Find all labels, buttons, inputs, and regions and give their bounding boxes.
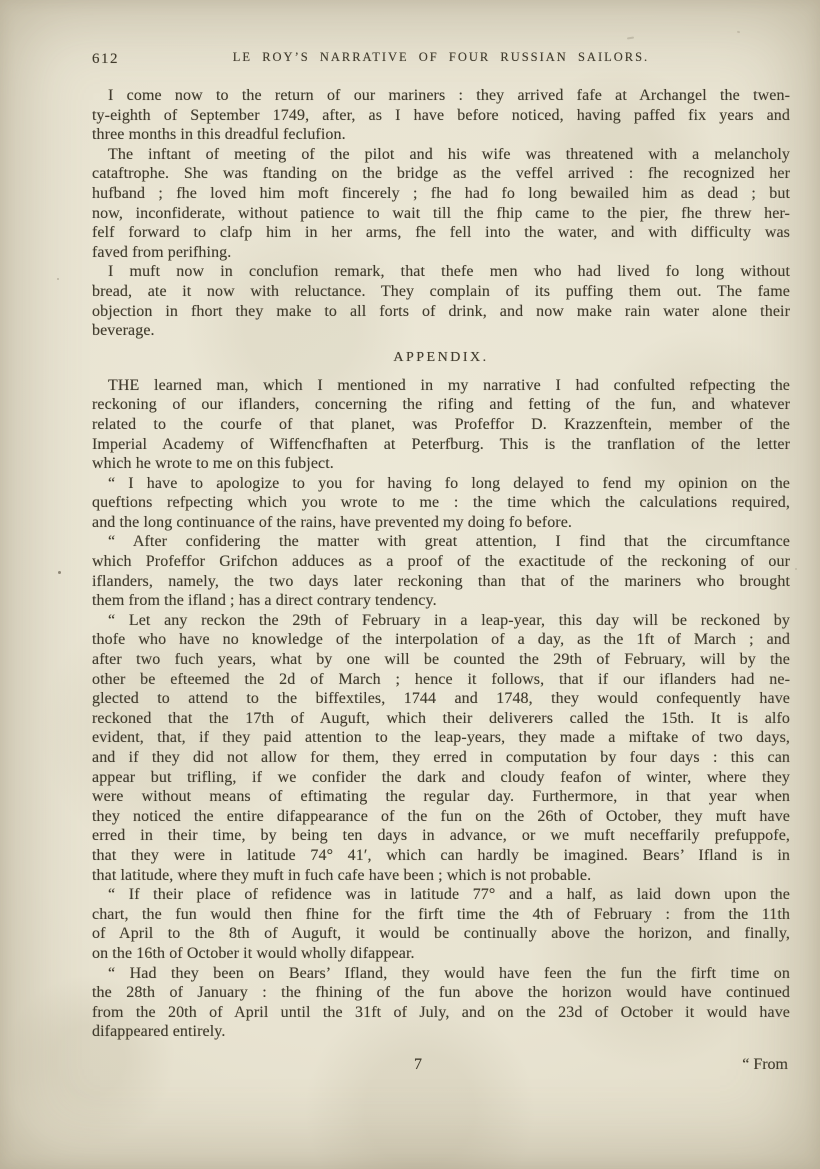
text-line: I come now to the return of our mariners… <box>92 86 790 106</box>
text-line: them from the ifland ; has a direct cont… <box>92 591 790 611</box>
text-line: queftions refpecting which you wrote to … <box>92 493 790 513</box>
paragraph: “ After confidering the matter with grea… <box>92 532 790 610</box>
text-line: and the long continuance of the rains, h… <box>92 513 790 533</box>
paragraph: I come now to the return of our mariners… <box>92 86 790 145</box>
text-line: of April to the 8th of Auguft, it would … <box>92 924 790 944</box>
text-line: “ After confidering the matter with grea… <box>92 532 790 552</box>
text-line: reckoned that the 17th of Auguft, which … <box>92 709 790 729</box>
text-line: ty-eighth of September 1749, after, as I… <box>92 106 790 126</box>
text-line: objection in fhort they make to all fort… <box>92 302 790 322</box>
text-line: felf forward to clafp him in her arms, f… <box>92 223 790 243</box>
page-footer: 7 “ From <box>92 1056 790 1078</box>
text-line: reckoning of our iflanders, concerning t… <box>92 395 790 415</box>
text-line: hufband ; fhe loved him moft fincerely ;… <box>92 184 790 204</box>
ink-speck <box>737 31 740 34</box>
text-line: that they were in latitude 74° 41′, whic… <box>92 846 790 866</box>
running-title: LE ROY’S NARRATIVE OF FOUR RUSSIAN SAILO… <box>92 50 790 65</box>
text-line: difappeared entirely. <box>92 1022 790 1042</box>
text-line: other be efteemed the 2d of March ; henc… <box>92 670 790 690</box>
text-line: they noticed the entire difappearance of… <box>92 807 790 827</box>
book-page-scan: 612 LE ROY’S NARRATIVE OF FOUR RUSSIAN S… <box>0 0 820 1169</box>
text-line: I muft now in conclufion remark, that th… <box>92 262 790 282</box>
paragraph: “ Let any reckon the 29th of February in… <box>92 611 790 885</box>
text-line: thofe who have no knowledge of the inter… <box>92 630 790 650</box>
text-line: faved from perifhing. <box>92 243 790 263</box>
text-line: bread, ate it now with reluctance. They … <box>92 282 790 302</box>
paragraph: I muft now in conclufion remark, that th… <box>92 262 790 340</box>
paragraph: “ I have to apologize to you for having … <box>92 474 790 533</box>
paragraph: The inftant of meeting of the pilot and … <box>92 145 790 263</box>
text-line: that latitude, where they muft in fuch c… <box>92 866 790 886</box>
text-line: cataftrophe. She was ftanding on the bri… <box>92 164 790 184</box>
text-line: erred in their time, by being ten days i… <box>92 826 790 846</box>
text-line: after two fuch years, what by one will b… <box>92 650 790 670</box>
text-line: the 28th of January : the fhining of the… <box>92 983 790 1003</box>
ink-speck <box>57 278 59 280</box>
ink-speck <box>627 37 634 40</box>
text-line: appear but trifling, if we confider the … <box>92 768 790 788</box>
text-line: THE learned man, which I mentioned in my… <box>92 376 790 396</box>
appendix-heading: APPENDIX. <box>92 348 790 368</box>
text-line: “ If their place of refidence was in lat… <box>92 885 790 905</box>
signature-mark: 7 <box>414 1056 422 1074</box>
text-line: The inftant of meeting of the pilot and … <box>92 145 790 165</box>
text-line: Imperial Academy of Wiffencfhaften at Pe… <box>92 435 790 455</box>
paragraph: “ Had they been on Bears’ Ifland, they w… <box>92 964 790 1042</box>
paragraph: “ If their place of refidence was in lat… <box>92 885 790 963</box>
text-line: from the 20th of April until the 31ft of… <box>92 1003 790 1023</box>
text-line: which he wrote to me on this fubject. <box>92 454 790 474</box>
text-line: “ Let any reckon the 29th of February in… <box>92 611 790 631</box>
text-line: now, inconfiderate, without patience to … <box>92 204 790 224</box>
text-line: and if they did not allow for them, they… <box>92 748 790 768</box>
catchword: “ From <box>742 1056 788 1074</box>
text-column: I come now to the return of our mariners… <box>92 86 790 1042</box>
page-number: 612 <box>92 51 119 68</box>
text-line: chart, the fun would then fhine for the … <box>92 905 790 925</box>
text-line: beverage. <box>92 321 790 341</box>
text-line: were without means of eftimating the reg… <box>92 787 790 807</box>
paragraph: THE learned man, which I mentioned in my… <box>92 376 790 474</box>
ink-speck <box>795 568 797 570</box>
text-line: iflanders, namely, the two days later re… <box>92 572 790 592</box>
text-line: glected to attend to the biffextiles, 17… <box>92 689 790 709</box>
ink-speck <box>58 571 61 574</box>
text-line: which Profeffor Grifchon adduces as a pr… <box>92 552 790 572</box>
text-line: “ I have to apologize to you for having … <box>92 474 790 494</box>
text-line: on the 16th of October it would wholly d… <box>92 944 790 964</box>
page-header: 612 LE ROY’S NARRATIVE OF FOUR RUSSIAN S… <box>92 50 790 72</box>
text-line: related to the courfe of that planet, wa… <box>92 415 790 435</box>
text-line: evident, that, if they paid attention to… <box>92 728 790 748</box>
text-line: three months in this dreadful feclufion. <box>92 125 790 145</box>
text-line: “ Had they been on Bears’ Ifland, they w… <box>92 964 790 984</box>
